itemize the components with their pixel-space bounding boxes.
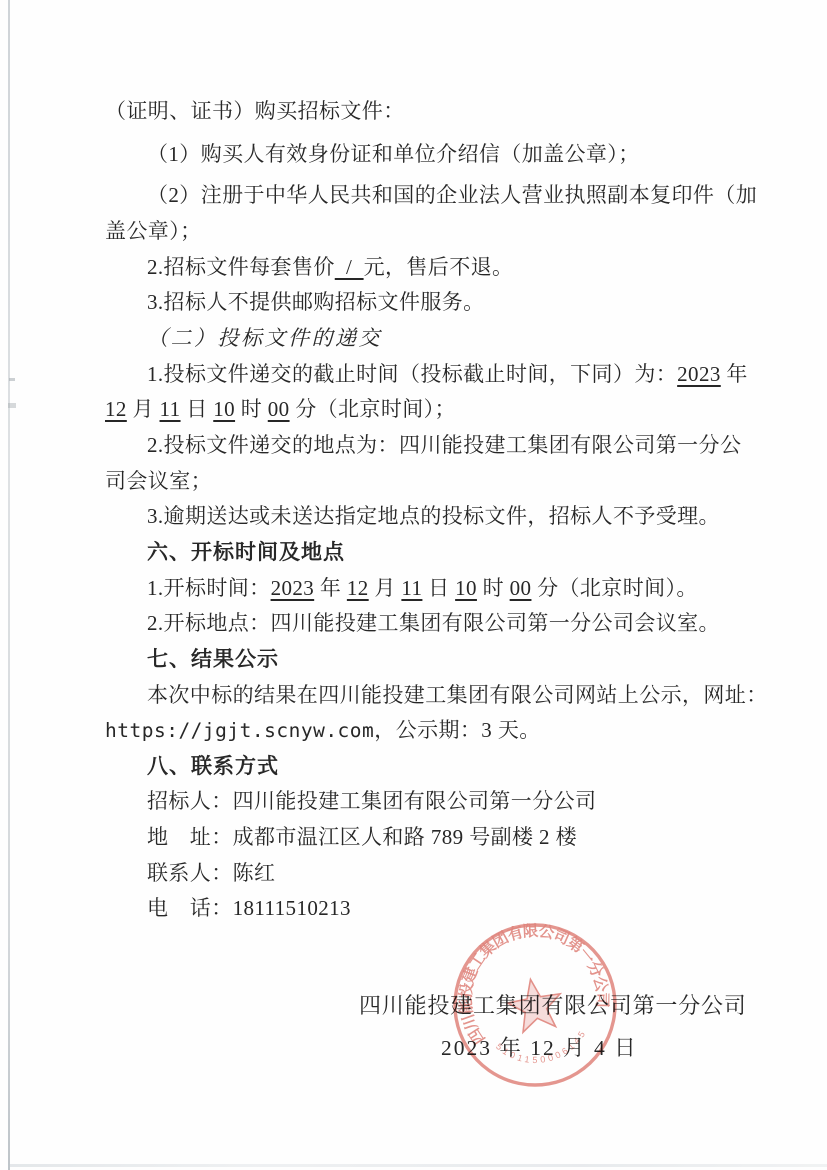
- text-segment: 2.开标地点：四川能投建工集团有限公司第一分公司会议室。: [147, 611, 720, 635]
- text-segment: https://jgjt.scnyw.com: [105, 719, 374, 742]
- text-line: 六、开标时间及地点: [105, 535, 737, 571]
- scan-artifact: [8, 403, 16, 408]
- text-line: 2.开标地点：四川能投建工集团有限公司第一分公司会议室。: [105, 606, 737, 642]
- underlined-value: 12: [105, 397, 127, 421]
- underlined-value: 10: [213, 397, 235, 421]
- text-segment: 电 话：18111510213: [147, 896, 351, 920]
- seal-company-text: 四川能投建工集团有限公司第一分公司: [443, 908, 617, 1049]
- text-segment: 八、联系方式: [147, 755, 279, 778]
- text-segment: 司会议室；: [105, 469, 212, 493]
- text-segment: 盖公章）；: [105, 219, 202, 243]
- text-line: （1）购买人有效身份证和单位介绍信（加盖公章）；: [105, 137, 737, 173]
- text-line: （2）注册于中华人民共和国的企业法人营业执照副本复印件（加: [105, 178, 737, 214]
- text-segment: 年: [314, 576, 347, 600]
- signature-date: 2023 年 12 月 4 日: [441, 1031, 638, 1062]
- text-segment: （2）注册于中华人民共和国的企业法人营业执照副本复印件（加: [147, 183, 757, 207]
- text-line: 本次中标的结果在四川能投建工集团有限公司网站上公示，网址：: [105, 678, 737, 714]
- text-segment: 分（北京时间）；: [290, 397, 456, 421]
- underlined-value: 2023: [677, 362, 721, 386]
- scan-edge-left: [8, 0, 10, 1170]
- scan-edge-bottom: [10, 1164, 827, 1167]
- text-segment: 招标人：四川能投建工集团有限公司第一分公司: [147, 789, 596, 813]
- underlined-value: 2023: [271, 576, 315, 600]
- text-segment: 时: [235, 397, 268, 421]
- text-segment: （二）投标文件的递交: [147, 326, 382, 350]
- underlined-value: 10: [455, 576, 477, 600]
- text-segment: 2.招标文件每套售价: [147, 255, 335, 279]
- text-line: 1.开标时间：2023 年 12 月 11 日 10 时 00 分（北京时间）。: [105, 571, 737, 607]
- text-line: （二）投标文件的递交: [105, 321, 737, 357]
- scanned-document-page: （证明、证书）购买招标文件：（1）购买人有效身份证和单位介绍信（加盖公章）；（2…: [0, 0, 827, 1170]
- text-segment: 七、结果公示: [147, 648, 279, 671]
- text-line: 司会议室；: [105, 464, 737, 500]
- text-segment: （证明、证书）购买招标文件：: [105, 99, 405, 123]
- underlined-value: 12: [347, 576, 369, 600]
- text-segment: 月: [369, 576, 402, 600]
- scan-artifact: [9, 378, 15, 381]
- text-line: 2.招标文件每套售价 / 元，售后不退。: [105, 250, 737, 286]
- text-segment: 时: [477, 576, 510, 600]
- text-segment: 月: [127, 397, 160, 421]
- text-line: 3.逾期送达或未送达指定地点的投标文件，招标人不予受理。: [105, 499, 737, 535]
- underlined-value: 00: [510, 576, 532, 600]
- document-body: （证明、证书）购买招标文件：（1）购买人有效身份证和单位介绍信（加盖公章）；（2…: [105, 94, 737, 927]
- text-line: 盖公章）；: [105, 214, 737, 250]
- underlined-value: 11: [160, 397, 181, 421]
- underlined-value: 11: [401, 576, 422, 600]
- text-segment: ，公示期：3 天。: [374, 718, 540, 742]
- text-line: 2.投标文件递交的地点为：四川能投建工集团有限公司第一分公: [105, 428, 737, 464]
- text-line: 八、联系方式: [105, 749, 737, 785]
- text-line: 12 月 11 日 10 时 00 分（北京时间）；: [105, 392, 737, 428]
- text-line: 3.招标人不提供邮购招标文件服务。: [105, 285, 737, 321]
- text-segment: 日: [181, 397, 214, 421]
- text-segment: 1.投标文件递交的截止时间（投标截止时间，下同）为：: [147, 362, 677, 386]
- text-segment: 1.开标时间：: [147, 576, 271, 600]
- text-segment: 3.逾期送达或未送达指定地点的投标文件，招标人不予受理。: [147, 504, 720, 528]
- text-line: 招标人：四川能投建工集团有限公司第一分公司: [105, 784, 737, 820]
- text-segment: 3.招标人不提供邮购招标文件服务。: [147, 290, 485, 314]
- underlined-value: /: [335, 255, 364, 279]
- text-segment: 分（北京时间）。: [531, 576, 697, 600]
- text-segment: 元，售后不退。: [364, 255, 514, 279]
- text-segment: 地 址：成都市温江区人和路 789 号副楼 2 楼: [147, 825, 577, 849]
- text-segment: 2.投标文件递交的地点为：四川能投建工集团有限公司第一分公: [147, 433, 741, 457]
- text-segment: （1）购买人有效身份证和单位介绍信（加盖公章）；: [147, 142, 640, 166]
- signature-company: 四川能投建工集团有限公司第一分公司: [359, 989, 747, 1020]
- text-segment: 本次中标的结果在四川能投建工集团有限公司网站上公示，网址：: [147, 683, 768, 707]
- text-segment: 联系人：陈红: [147, 861, 275, 885]
- text-segment: 年: [721, 362, 748, 386]
- text-line: 联系人：陈红: [105, 856, 737, 892]
- text-line: 七、结果公示: [105, 642, 737, 678]
- text-line: （证明、证书）购买招标文件：: [105, 94, 737, 130]
- text-line: https://jgjt.scnyw.com，公示期：3 天。: [105, 713, 737, 749]
- text-line: 地 址：成都市温江区人和路 789 号副楼 2 楼: [105, 820, 737, 856]
- underlined-value: 00: [268, 397, 290, 421]
- text-segment: 六、开标时间及地点: [147, 541, 345, 564]
- text-segment: 日: [422, 576, 455, 600]
- text-line: 电 话：18111510213: [105, 891, 737, 927]
- text-line: 1.投标文件递交的截止时间（投标截止时间，下同）为：2023 年: [105, 357, 737, 393]
